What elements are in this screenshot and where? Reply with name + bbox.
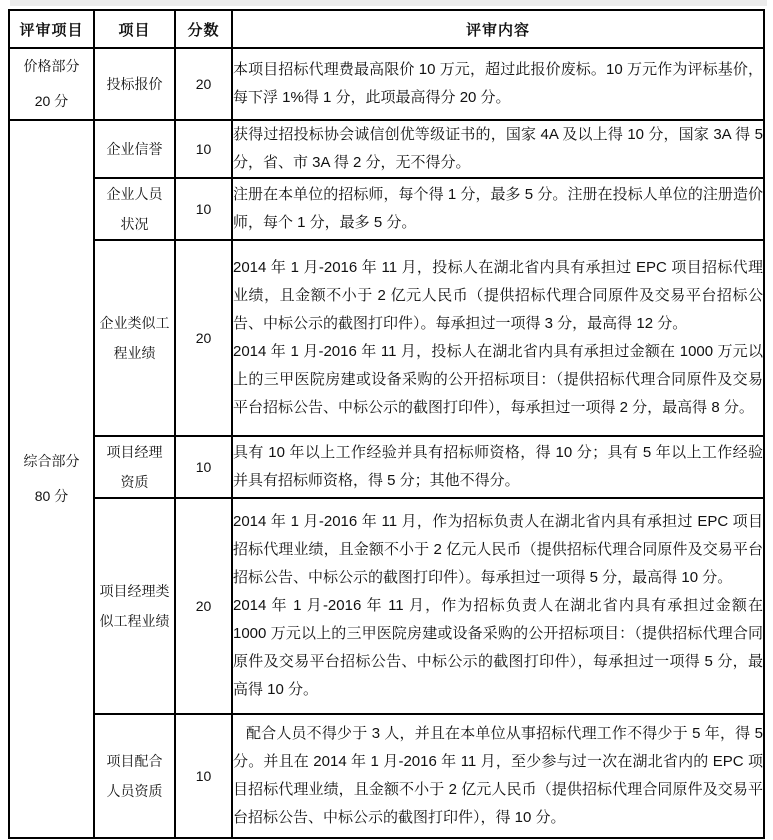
item-cell: 项目经理类 似工程业绩 [94,498,175,714]
score-cell: 10 [175,714,232,838]
item-line: 资质 [95,467,174,497]
score-cell: 20 [175,240,232,436]
header-cell-score: 分数 [175,10,232,48]
header-row: 评审项目 项目 分数 评审内容 [9,10,764,48]
item-line: 项目经理 [95,437,174,467]
table-row: 企业人员 状况 10 注册在本单位的招标师，每个得 1 分，最多 5 分。注册在… [9,178,764,240]
content-paragraph: 具有 10 年以上工作经验并具有招标师资格，得 10 分；具有 5 年以上工作经… [233,439,763,495]
header-cell-review-content: 评审内容 [232,10,764,48]
item-line: 似工程业绩 [95,606,174,636]
category-line: 价格部分 [10,49,93,84]
content-cell: 本项目招标代理费最高限价 10 万元，超过此报价废标。10 万元作为评标基价，每… [232,48,764,120]
header-cell-item: 项目 [94,10,175,48]
item-cell: 投标报价 [94,48,175,120]
item-line: 企业人员 [95,179,174,209]
content-paragraph: 注册在本单位的招标师，每个得 1 分，最多 5 分。注册在投标人单位的注册造价师… [233,181,763,237]
content-cell: 获得过招投标协会诚信创优等级证书的，国家 4A 及以上得 10 分，国家 3A … [232,120,764,178]
content-cell: 2014 年 1 月-2016 年 11 月，作为招标负责人在湖北省内具有承担过… [232,498,764,714]
table-row: 企业类似工 程业绩 20 2014 年 1 月-2016 年 11 月，投标人在… [9,240,764,436]
score-cell: 10 [175,178,232,240]
item-line: 企业类似工 [95,308,174,338]
table-row: 价格部分 20 分 投标报价 20 本项目招标代理费最高限价 10 万元，超过此… [9,48,764,120]
content-paragraph: 2014 年 1 月-2016 年 11 月，作为招标负责人在湖北省内具有承担过… [233,592,763,704]
content-paragraph: 配合人员不得少于 3 人，并且在本单位从事招标代理工作不得少于 5 年，得 5 … [233,720,763,832]
content-cell: 配合人员不得少于 3 人，并且在本单位从事招标代理工作不得少于 5 年，得 5 … [232,714,764,838]
content-paragraph: 本项目招标代理费最高限价 10 万元，超过此报价废标。10 万元作为评标基价，每… [233,56,763,112]
item-cell: 项目经理 资质 [94,436,175,498]
category-cell-price-section: 价格部分 20 分 [9,48,94,120]
score-cell: 20 [175,498,232,714]
content-cell: 具有 10 年以上工作经验并具有招标师资格，得 10 分；具有 5 年以上工作经… [232,436,764,498]
table-row: 综合部分 80 分 企业信誉 10 获得过招投标协会诚信创优等级证书的，国家 4… [9,120,764,178]
score-cell: 10 [175,120,232,178]
table-row: 项目配合 人员资质 10 配合人员不得少于 3 人，并且在本单位从事招标代理工作… [9,714,764,838]
item-cell: 企业人员 状况 [94,178,175,240]
category-cell-comprehensive-section: 综合部分 80 分 [9,120,94,838]
evaluation-criteria-table: 评审项目 项目 分数 评审内容 价格部分 20 分 投标报价 20 本项目招标代… [8,9,765,839]
item-cell: 企业信誉 [94,120,175,178]
item-cell: 项目配合 人员资质 [94,714,175,838]
item-line: 投标报价 [95,69,174,99]
category-line: 20 分 [10,84,93,119]
content-paragraph: 2014 年 1 月-2016 年 11 月，作为招标负责人在湖北省内具有承担过… [233,508,763,592]
item-line: 项目配合 [95,746,174,776]
score-cell: 10 [175,436,232,498]
item-line: 状况 [95,209,174,239]
item-line: 企业信誉 [95,134,174,164]
content-cell: 注册在本单位的招标师，每个得 1 分，最多 5 分。注册在投标人单位的注册造价师… [232,178,764,240]
table-row: 项目经理类 似工程业绩 20 2014 年 1 月-2016 年 11 月，作为… [9,498,764,714]
content-paragraph: 获得过招投标协会诚信创优等级证书的，国家 4A 及以上得 10 分，国家 3A … [233,121,763,177]
item-line: 项目经理类 [95,576,174,606]
content-cell: 2014 年 1 月-2016 年 11 月，投标人在湖北省内具有承担过 EPC… [232,240,764,436]
content-paragraph: 2014 年 1 月-2016 年 11 月，投标人在湖北省内具有承担过金额在 … [233,338,763,422]
item-cell: 企业类似工 程业绩 [94,240,175,436]
top-scan-strip [10,0,767,6]
table-row: 项目经理 资质 10 具有 10 年以上工作经验并具有招标师资格，得 10 分；… [9,436,764,498]
score-cell: 20 [175,48,232,120]
header-cell-review-section: 评审项目 [9,10,94,48]
category-line: 80 分 [10,479,93,514]
item-line: 人员资质 [95,776,174,806]
category-line: 综合部分 [10,444,93,479]
content-paragraph: 2014 年 1 月-2016 年 11 月，投标人在湖北省内具有承担过 EPC… [233,254,763,338]
item-line: 程业绩 [95,338,174,368]
